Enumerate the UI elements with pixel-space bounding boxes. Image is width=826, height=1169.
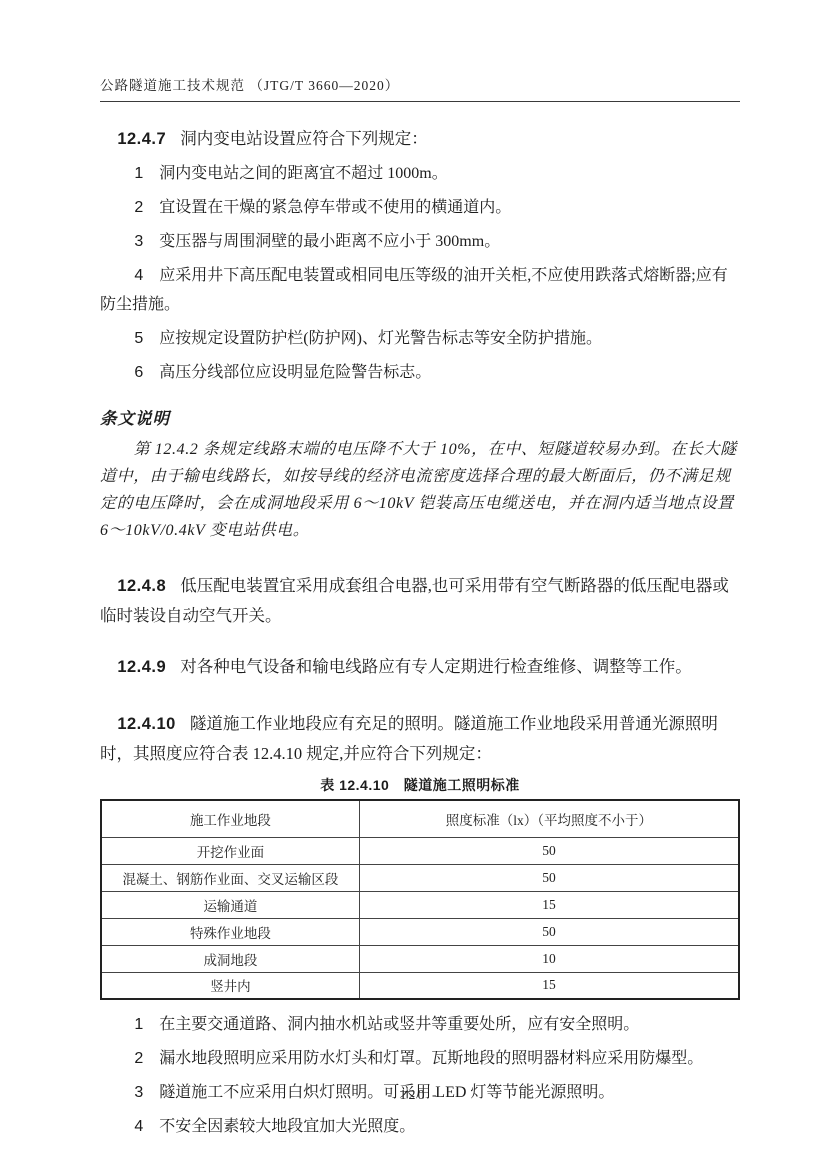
running-header: 公路隧道施工技术规范 （JTG/T 3660—2020） bbox=[100, 74, 740, 102]
clause-12-4-8: 12.4.8低压配电装置宜采用成套组合电器,也可采用带有空气断路器的低压配电器或… bbox=[100, 571, 740, 630]
table-row: 混凝土、钢筋作业面、交叉运输区段 50 bbox=[101, 864, 739, 891]
item-number: 5 bbox=[134, 330, 143, 347]
table-cell-area: 成洞地段 bbox=[101, 945, 359, 972]
table-cell-lux: 15 bbox=[359, 972, 739, 999]
clause-number: 12.4.8 bbox=[117, 577, 166, 595]
item-text: 高压分线部位应设明显危险警告标志。 bbox=[159, 364, 431, 381]
clause-item: 4应采用井下高压配电装置或相同电压等级的油开关柜,不应使用跌落式熔断器;应有防尘… bbox=[100, 261, 740, 319]
lighting-standards-table: 施工作业地段 照度标准（lx）（平均照度不小于） 开挖作业面 50 混凝土、钢筋… bbox=[100, 799, 740, 1000]
table-cell-area: 开挖作业面 bbox=[101, 837, 359, 864]
table-row: 成洞地段 10 bbox=[101, 945, 739, 972]
table-header-cell-lux: 照度标准（lx）（平均照度不小于） bbox=[359, 800, 739, 837]
item-number: 1 bbox=[134, 165, 143, 182]
clause-item: 1洞内变电站之间的距离宜不超过 1000m。 bbox=[100, 159, 740, 188]
clause-item: 2漏水地段照明应采用防水灯头和灯罩。瓦斯地段的照明器材料应采用防爆型。 bbox=[100, 1044, 740, 1073]
table-cell-lux: 50 bbox=[359, 864, 739, 891]
table-cell-lux: 10 bbox=[359, 945, 739, 972]
clause-text: 隧道施工作业地段应有充足的照明。隧道施工作业地段采用普通光源照明时，其照度应符合… bbox=[100, 714, 718, 763]
clause-item: 1在主要交通道路、洞内抽水机站或竖井等重要处所，应有安全照明。 bbox=[100, 1010, 740, 1039]
table-cell-area: 混凝土、钢筋作业面、交叉运输区段 bbox=[101, 864, 359, 891]
table-row: 竖井内 15 bbox=[101, 972, 739, 999]
clause-12-4-10-items: 1在主要交通道路、洞内抽水机站或竖井等重要处所，应有安全照明。 2漏水地段照明应… bbox=[100, 1010, 740, 1141]
table-header-cell-area: 施工作业地段 bbox=[101, 800, 359, 837]
item-number: 4 bbox=[134, 267, 143, 284]
item-text: 在主要交通道路、洞内抽水机站或竖井等重要处所，应有安全照明。 bbox=[159, 1016, 639, 1033]
clause-12-4-9: 12.4.9对各种电气设备和输电线路应有专人定期进行检查维修、调整等工作。 bbox=[100, 652, 740, 682]
clause-item: 6高压分线部位应设明显危险警告标志。 bbox=[100, 358, 740, 387]
item-number: 1 bbox=[134, 1016, 143, 1033]
table-caption: 表 12.4.10 隧道施工照明标准 bbox=[100, 775, 740, 795]
commentary-heading: 条文说明 bbox=[100, 405, 740, 429]
clause-number: 12.4.10 bbox=[117, 715, 176, 733]
clause-item: 5应按规定设置防护栏(防护网)、灯光警告标志等安全防护措施。 bbox=[100, 324, 740, 353]
table-cell-area: 竖井内 bbox=[101, 972, 359, 999]
table-header-row: 施工作业地段 照度标准（lx）（平均照度不小于） bbox=[101, 800, 739, 837]
clause-item: 2宜设置在干燥的紧急停车带或不使用的横通道内。 bbox=[100, 193, 740, 222]
item-text: 应按规定设置防护栏(防护网)、灯光警告标志等安全防护措施。 bbox=[159, 330, 602, 347]
item-text: 漏水地段照明应采用防水灯头和灯罩。瓦斯地段的照明器材料应采用防爆型。 bbox=[159, 1050, 703, 1067]
item-text: 应采用井下高压配电装置或相同电压等级的油开关柜,不应使用跌落式熔断器;应有防尘措… bbox=[100, 267, 728, 313]
item-number: 4 bbox=[134, 1118, 143, 1135]
clause-item: 4不安全因素较大地段宜加大光照度。 bbox=[100, 1112, 740, 1141]
document-page: 公路隧道施工技术规范 （JTG/T 3660—2020） 12.4.7洞内变电站… bbox=[0, 0, 826, 1169]
item-number: 3 bbox=[134, 233, 143, 250]
item-number: 2 bbox=[134, 199, 143, 216]
clause-title: 洞内变电站设置应符合下列规定： bbox=[180, 129, 428, 148]
table-row: 特殊作业地段 50 bbox=[101, 918, 739, 945]
clause-item: 3变压器与周围洞壁的最小距离不应小于 300mm。 bbox=[100, 227, 740, 256]
item-text: 变压器与周围洞壁的最小距离不应小于 300mm。 bbox=[159, 233, 500, 250]
clause-text: 低压配电装置宜采用成套组合电器,也可采用带有空气断路器的低压配电器或临时装设自动… bbox=[100, 576, 729, 625]
clause-number: 12.4.7 bbox=[117, 130, 166, 148]
item-number: 6 bbox=[134, 364, 143, 381]
clause-text: 对各种电气设备和输电线路应有专人定期进行检查维修、调整等工作。 bbox=[180, 657, 692, 676]
page-content: 公路隧道施工技术规范 （JTG/T 3660—2020） 12.4.7洞内变电站… bbox=[100, 74, 740, 1141]
table-cell-area: 特殊作业地段 bbox=[101, 918, 359, 945]
item-text: 宜设置在干燥的紧急停车带或不使用的横通道内。 bbox=[159, 199, 511, 216]
table-cell-lux: 50 bbox=[359, 837, 739, 864]
item-text: 不安全因素较大地段宜加大光照度。 bbox=[159, 1118, 415, 1135]
item-number: 2 bbox=[134, 1050, 143, 1067]
table-row: 运输通道 15 bbox=[101, 891, 739, 918]
clause-12-4-10: 12.4.10隧道施工作业地段应有充足的照明。隧道施工作业地段采用普通光源照明时… bbox=[100, 709, 740, 768]
table-cell-area: 运输通道 bbox=[101, 891, 359, 918]
clause-heading-12-4-7: 12.4.7洞内变电站设置应符合下列规定： bbox=[100, 124, 740, 154]
table-cell-lux: 15 bbox=[359, 891, 739, 918]
clause-number: 12.4.9 bbox=[117, 658, 166, 676]
commentary-paragraph: 第 12.4.2 条规定线路末端的电压降不大于 10%，在中、短隧道较易办到。在… bbox=[100, 436, 740, 544]
item-text: 洞内变电站之间的距离宜不超过 1000m。 bbox=[159, 165, 447, 182]
table-cell-lux: 50 bbox=[359, 918, 739, 945]
page-number: - 120 - bbox=[0, 1088, 826, 1104]
table-row: 开挖作业面 50 bbox=[101, 837, 739, 864]
